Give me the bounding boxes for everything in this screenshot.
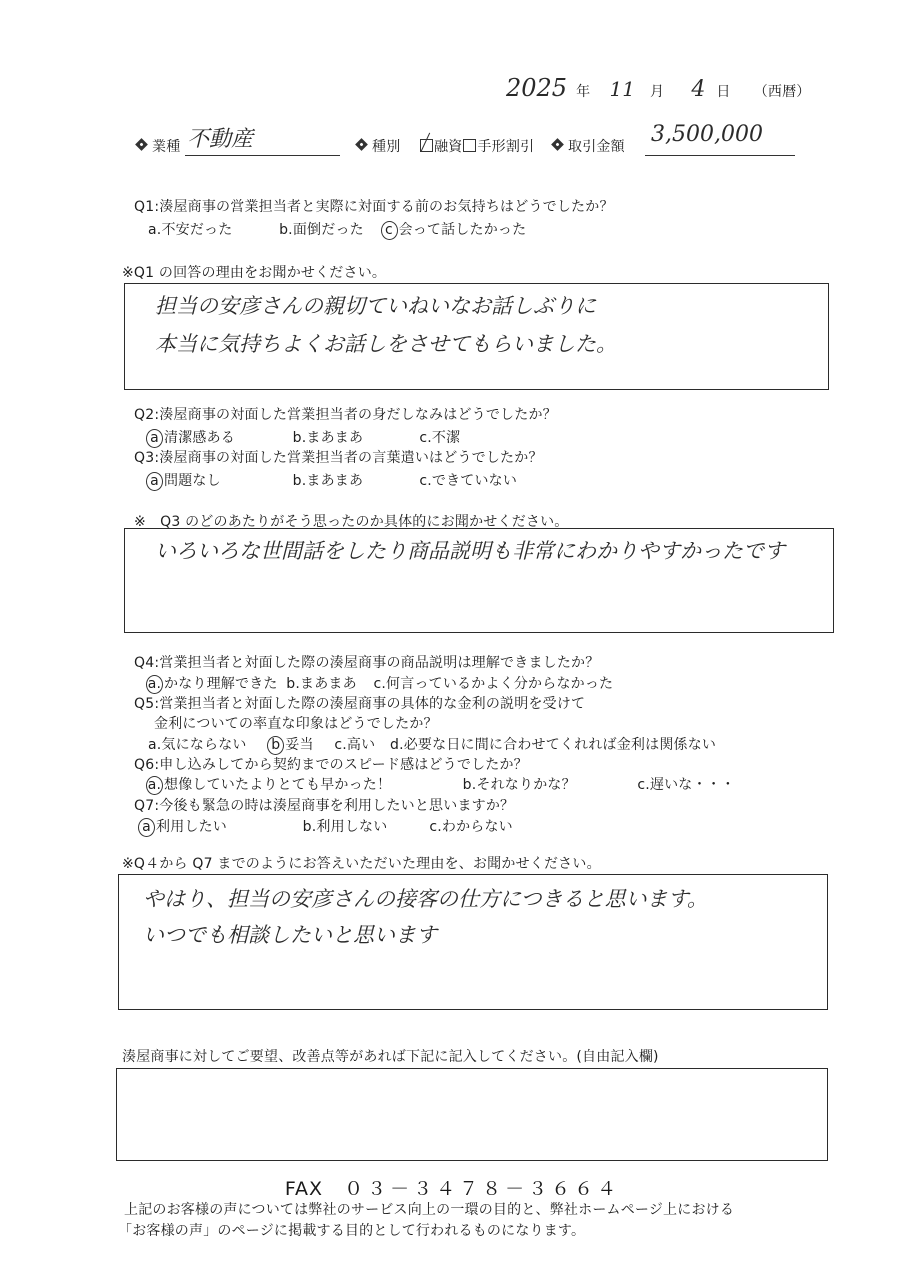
industry-value: 不動産 [187, 122, 253, 153]
date-year: 2025 [506, 74, 567, 102]
selected-circle-mark: a. [146, 776, 163, 795]
q1-reason-box[interactable]: 担当の安彦さんの親切ていねいなお話しぶりに 本当に気持ちよくお話しをさせてもらい… [124, 283, 829, 390]
diamond-bullet-icon [551, 138, 564, 151]
day-unit: 日 [716, 84, 730, 100]
q1-text: Q1:湊屋商事の営業担当者と実際に対面する前のお気持ちはどうでしたか？ [134, 196, 614, 216]
q1-option-a[interactable]: a.不安だった [148, 219, 232, 239]
era-note: （西暦） [754, 84, 811, 100]
q2-option-b[interactable]: b.まあまあ [293, 427, 415, 447]
footer-note-line-2: 「お客様の声」のページに掲載する目的として行われるものになります。 [118, 1220, 585, 1240]
amount-value: 3,500,000 [651, 122, 763, 147]
q2-text: Q2:湊屋商事の対面した営業担当者の身だしなみはどうでしたか？ [134, 404, 557, 424]
q4-option-b[interactable]: b.まあまあ [286, 673, 357, 693]
q4-option-a[interactable]: a.かなり理解できた [148, 673, 278, 694]
q6-option-a[interactable]: a.想像していたよりとても早かった！ [148, 774, 458, 795]
month-unit: 月 [650, 84, 664, 100]
q6-options: a.想像していたよりとても早かった！ b.それなりかな？ c.遅いな・・・ [148, 774, 735, 795]
q3-option-c[interactable]: c.できていない [419, 470, 517, 490]
q7-option-c[interactable]: c.わからない [429, 816, 513, 836]
bill-discount-checkbox[interactable] [463, 139, 476, 152]
type-option-bill-discount[interactable]: 手形割引 [462, 139, 534, 155]
q2-options: a清潔感ある b.まあまあ c.不潔 [148, 427, 460, 448]
amount-field: 取引金額 [553, 136, 625, 156]
q4-option-c[interactable]: c.何言っているかよく分からなかった [373, 673, 613, 693]
q1-option-c[interactable]: c会って話したかった [383, 219, 527, 240]
selected-circle-mark: a [146, 429, 163, 448]
q5-option-b[interactable]: b妥当 [269, 734, 313, 755]
date-day: 4 [691, 77, 705, 102]
selected-circle-mark: c [381, 221, 398, 240]
fax-number: ０３－３４７８－３６６４ [344, 1178, 620, 1200]
q5-text-2: 金利についての率直な印象はどうでしたか？ [154, 713, 438, 733]
q5-option-c[interactable]: c.高い [334, 734, 375, 754]
footer-note-line-1: 上記のお客様の声については弊社のサービス向上の一環の目的と、弊社ホームページ上に… [124, 1199, 734, 1219]
q7-text: Q7:今後も緊急の時は湊屋商事を利用したいと思いますか？ [134, 795, 514, 815]
q3-reason-line-1: いろいろな世間話をしたり商品説明も非常にわかりやすかったです [155, 535, 785, 565]
q1-reason-prompt: ※Q1 の回答の理由をお聞かせください。 [122, 262, 386, 282]
q1-reason-line-1: 担当の安彦さんの親切ていねいなお話しぶりに [155, 290, 596, 320]
q5-options: a.気にならない b妥当 c.高い d.必要な日に間に合わせてくれれば金利は関係… [148, 734, 716, 755]
q6-option-c[interactable]: c.遅いな・・・ [637, 774, 735, 794]
q4-7-reason-prompt: ※Q４から Q7 までのようにお答えいただいた理由を、お聞かせください。 [122, 853, 601, 873]
date-month: 11 [609, 77, 634, 101]
free-comment-box[interactable] [116, 1068, 828, 1161]
q4-7-reason-box[interactable]: やはり、担当の安彦さんの接客の仕方につきると思います。 いつでも相談したいと思い… [118, 874, 828, 1010]
q4-7-reason-line-1: やはり、担当の安彦さんの接客の仕方につきると思います。 [143, 883, 708, 913]
amount-label: 取引金額 [568, 139, 625, 155]
q2-option-c[interactable]: c.不潔 [419, 427, 460, 447]
type-option-loan[interactable]: 融資 [419, 139, 462, 155]
q5-option-a[interactable]: a.気にならない [148, 734, 247, 754]
q7-option-b[interactable]: b.利用しない [303, 816, 425, 836]
selected-circle-mark: a [146, 472, 163, 491]
q3-option-a[interactable]: a問題なし [148, 470, 288, 491]
q4-options: a.かなり理解できた b.まあまあ c.何言っているかよく分からなかった [148, 673, 613, 694]
loan-checkbox[interactable] [420, 139, 433, 152]
industry-field: 業種 [137, 136, 180, 156]
q4-7-reason-line-2: いつでも相談したいと思います [143, 919, 437, 949]
q6-option-b[interactable]: b.それなりかな？ [463, 774, 633, 794]
industry-label: 業種 [152, 139, 180, 155]
fax-line: FAX ０３－３４７８－３６６４ [0, 1174, 905, 1201]
q5-text: Q5:営業担当者と対面した際の湊屋商事の具体的な金利の説明を受けて [134, 693, 585, 713]
diamond-bullet-icon [135, 138, 148, 151]
selected-circle-mark: a [138, 818, 155, 837]
q6-text: Q6:申し込みしてから契約までのスピード感はどうでしたか？ [134, 754, 528, 774]
q3-reason-box[interactable]: いろいろな世間話をしたり商品説明も非常にわかりやすかったです [124, 528, 834, 633]
q1-reason-line-2: 本当に気持ちよくお話しをさせてもらいました。 [155, 328, 617, 358]
fax-label: FAX [285, 1178, 323, 1200]
selected-circle-mark: a. [146, 675, 163, 694]
selected-circle-mark: b [267, 736, 284, 755]
q2-option-a[interactable]: a清潔感ある [148, 427, 288, 448]
q3-option-b[interactable]: b.まあまあ [293, 470, 415, 490]
industry-input[interactable]: 不動産 [185, 128, 340, 156]
q7-options: a利用したい b.利用しない c.わからない [140, 816, 513, 837]
amount-input[interactable]: 3,500,000 [645, 128, 795, 156]
q5-option-d[interactable]: d.必要な日に間に合わせてくれれば金利は関係ない [390, 734, 716, 754]
date-row: 2025 年 11 月 4 日 （西暦） [506, 74, 811, 104]
year-unit: 年 [576, 84, 590, 100]
q1-option-b[interactable]: b.面倒だった [279, 219, 364, 239]
q3-text: Q3:湊屋商事の対面した営業担当者の言葉遣いはどうでしたか？ [134, 447, 543, 467]
free-comment-prompt: 湊屋商事に対してご要望、改善点等があれば下記に記入してください。(自由記入欄) [122, 1046, 659, 1066]
type-label: 種別 [372, 139, 400, 155]
diamond-bullet-icon [355, 138, 368, 151]
q7-option-a[interactable]: a利用したい [140, 816, 298, 837]
q3-options: a問題なし b.まあまあ c.できていない [148, 470, 517, 491]
q1-options: a.不安だった b.面倒だった c会って話したかった [148, 219, 526, 240]
type-field: 種別 融資手形割引 [357, 136, 534, 156]
q4-text: Q4:営業担当者と対面した際の湊屋商事の商品説明は理解できましたか？ [134, 652, 599, 672]
